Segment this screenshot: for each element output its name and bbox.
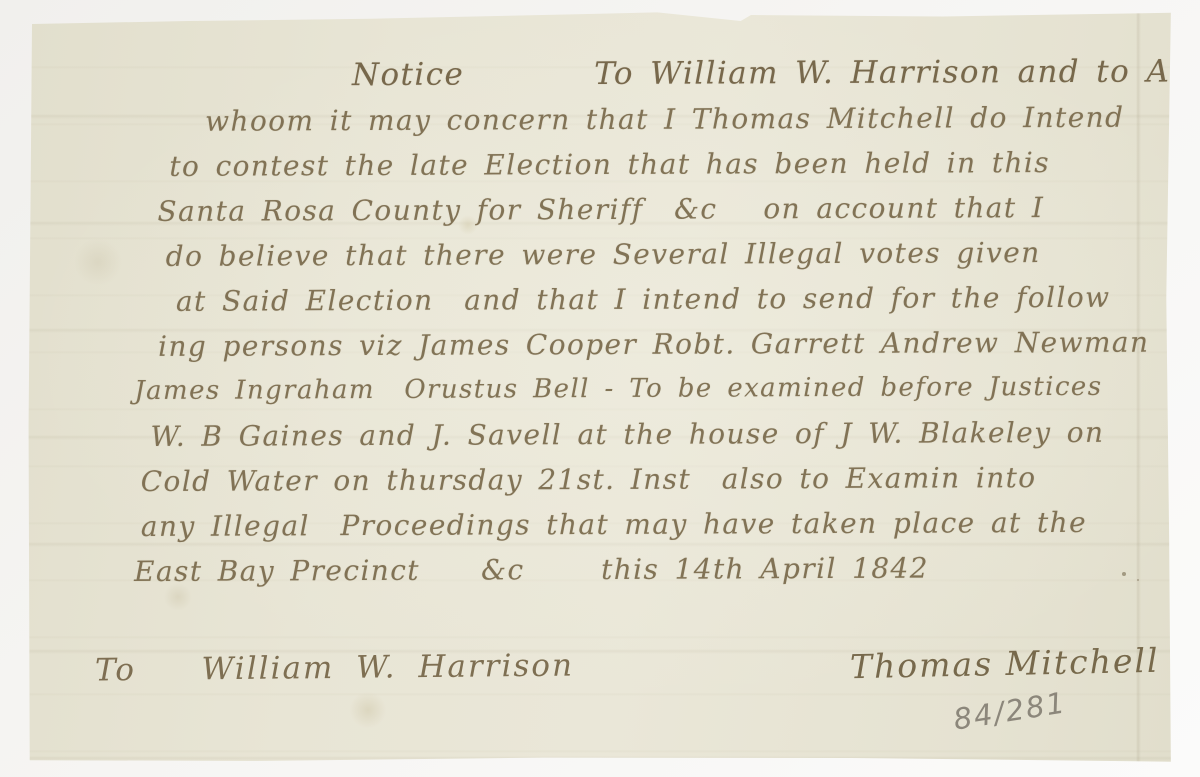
letter-line: Cold Water on thursday 21st. Inst also t… bbox=[141, 455, 1173, 505]
letter-line: James Ingraham Orustus Bell - To be exam… bbox=[134, 365, 1172, 415]
paper-sheet: Notice To William W. Harrison and to All… bbox=[28, 12, 1172, 764]
letter-line: at Said Election and that I intend to se… bbox=[176, 275, 1172, 324]
letter-line: any Illegal Proceedings that may have ta… bbox=[141, 500, 1173, 550]
letter-line: do believe that there were Several Illeg… bbox=[166, 230, 1172, 279]
signature: Thomas Mitchell bbox=[850, 641, 1160, 686]
document-scan: Notice To William W. Harrison and to All… bbox=[0, 0, 1200, 777]
letter-body: Notice To William W. Harrison and to All… bbox=[27, 50, 1173, 595]
letter-line: East Bay Precinct &c this 14th April 184… bbox=[134, 545, 1173, 595]
letter-line: whoom it may concern that I Thomas Mitch… bbox=[205, 95, 1171, 144]
letter-line: ing persons viz James Cooper Robt. Garre… bbox=[158, 320, 1172, 369]
letter-line: W. B Gaines and J. Savell at the house o… bbox=[150, 410, 1172, 459]
letter-line: Santa Rosa County for Sheriff &c on acco… bbox=[157, 185, 1171, 234]
letter-line: Notice To William W. Harrison and to All bbox=[352, 50, 1171, 99]
archival-page-number: 84/281 bbox=[951, 685, 1069, 736]
letter-line: to contest the late Election that has be… bbox=[169, 140, 1171, 189]
addressee: To William W. Harrison bbox=[95, 647, 574, 688]
